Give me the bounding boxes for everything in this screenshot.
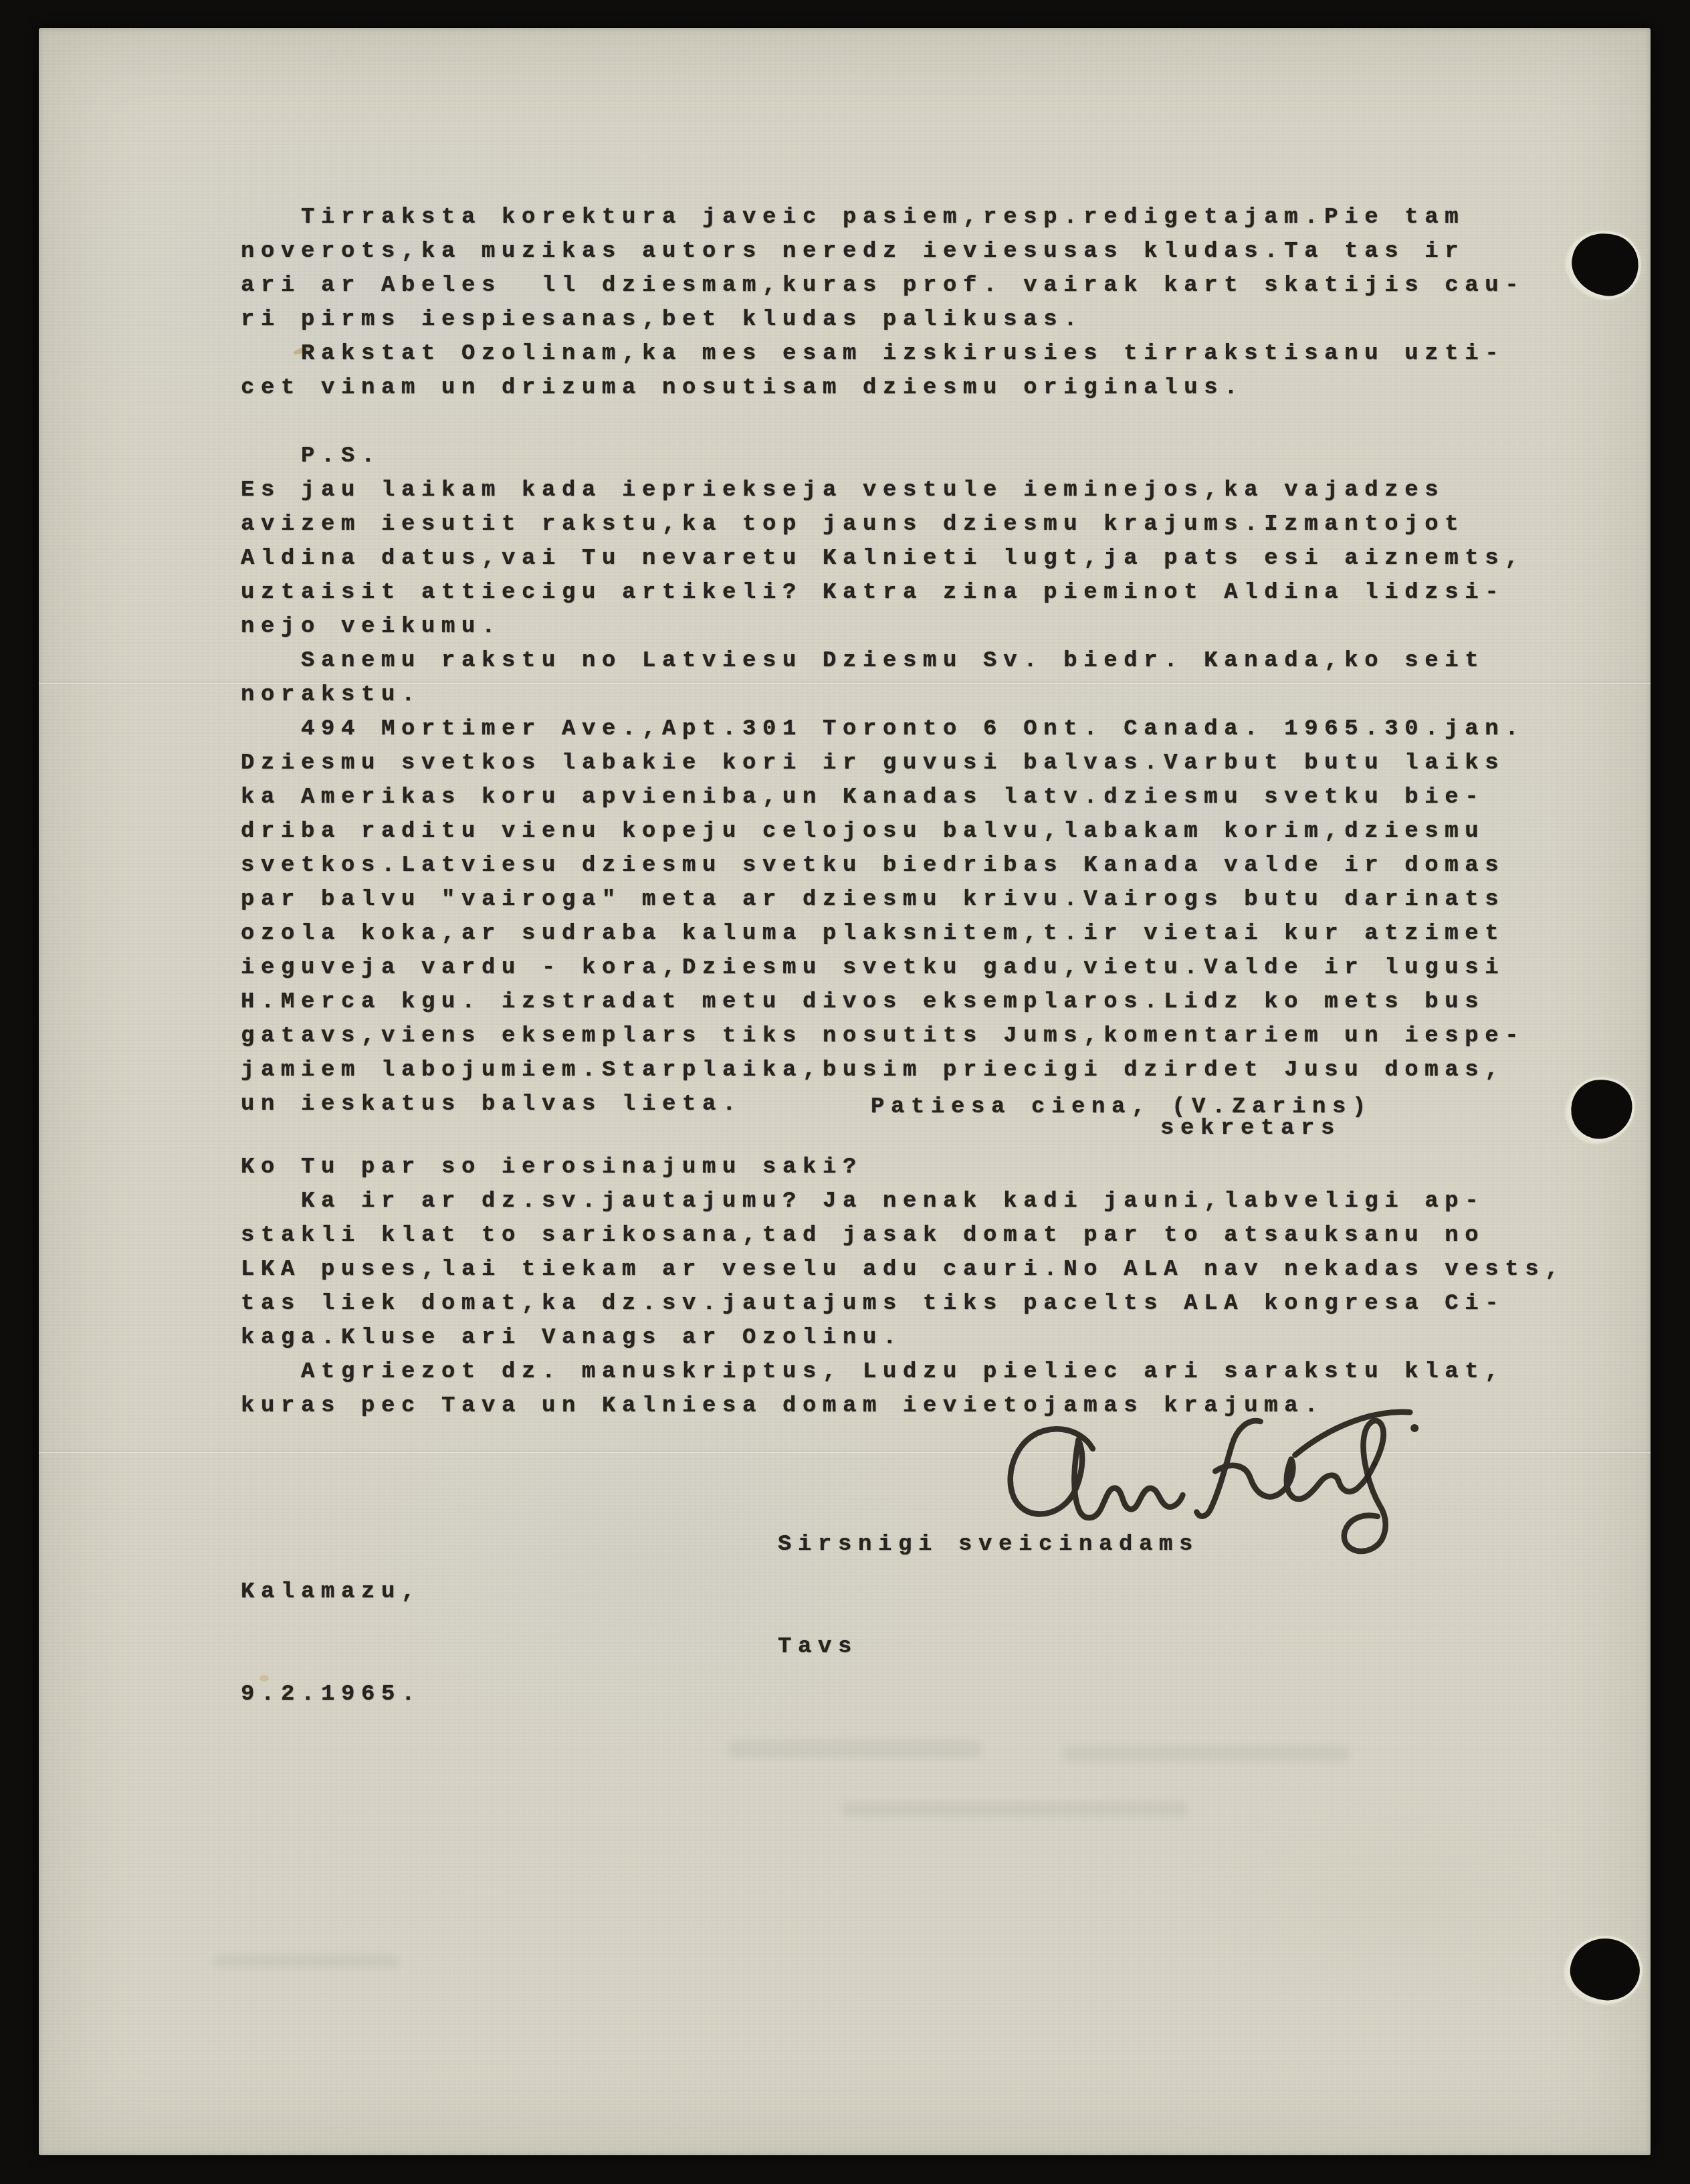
dateline-place: Kalamazu, bbox=[241, 1575, 421, 1609]
typed-line: LKA puses,lai tiekam ar veselu adu cauri… bbox=[241, 1253, 1565, 1287]
closing-title-line: sekretars bbox=[1160, 1112, 1341, 1146]
typed-line: Es jau laikam kada iepriekseja vestule i… bbox=[241, 474, 1525, 508]
typed-line: avizem iesutit rakstu,ka top jauns dzies… bbox=[241, 508, 1525, 542]
handwritten-signature bbox=[966, 1385, 1441, 1588]
typed-line: ka Amerikas koru apvieniba,un Kanadas la… bbox=[241, 781, 1525, 815]
ink-bleed-ghost bbox=[728, 1741, 982, 1758]
typed-line: P.S. bbox=[241, 439, 1525, 474]
typed-line: Ka ir ar dz.sv.jautajumu? Ja nenak kadi … bbox=[241, 1185, 1565, 1219]
punch-hole bbox=[1568, 1936, 1643, 2003]
typed-line: jamiem labojumiem.Starplaika,busim priec… bbox=[241, 1054, 1525, 1088]
typed-line: par balvu "vairoga" meta ar dziesmu kriv… bbox=[241, 883, 1525, 917]
dateline-date: 9.2.1965. bbox=[241, 1678, 421, 1712]
typed-line: ozola koka,ar sudraba kaluma plaksnitem,… bbox=[241, 917, 1525, 951]
typed-line: ieguveja vardu - kora,Dziesmu svetku gad… bbox=[241, 951, 1525, 985]
signoff-line-tavs: Tavs bbox=[778, 1630, 1199, 1664]
scan-backdrop: Tirraksta korektura javeic pasiem,resp.r… bbox=[0, 0, 1690, 2184]
punch-hole bbox=[1565, 226, 1645, 302]
typed-line: Atgriezot dz. manuskriptus, Ludzu pielie… bbox=[241, 1355, 1565, 1389]
ink-bleed-ghost bbox=[1062, 1746, 1350, 1762]
typed-line: uztaisit attiecigu artikeli? Katra zina … bbox=[241, 576, 1525, 610]
typed-line: norakstu. bbox=[241, 678, 1525, 712]
typed-line: tas liek domat,ka dz.sv.jautajums tiks p… bbox=[241, 1287, 1565, 1321]
ink-bleed-ghost bbox=[213, 1955, 400, 1968]
typed-line: stakli klat to sarikosana,tad jasak doma… bbox=[241, 1219, 1565, 1253]
typed-line: nejo veikumu. bbox=[241, 610, 1525, 644]
typed-line: Ko Tu par so ierosinajumu saki? bbox=[241, 1151, 1565, 1185]
typed-line bbox=[241, 405, 1525, 439]
typed-line: ari ar Abeles ll dziesmam,kuras prof. va… bbox=[241, 269, 1525, 303]
typed-line: driba raditu vienu kopeju celojosu balvu… bbox=[241, 815, 1525, 849]
typed-line: kaga.Kluse ari Vanags ar Ozolinu. bbox=[241, 1321, 1565, 1355]
typed-line: svetkos.Latviesu dziesmu svetku biedriba… bbox=[241, 849, 1525, 883]
typed-line: 494 Mortimer Ave.,Apt.301 Toronto 6 Ont.… bbox=[241, 712, 1525, 747]
typed-line: Rakstat Ozolinam,ka mes esam izskirusies… bbox=[241, 337, 1525, 371]
letter-body-bottom: Ko Tu par so ierosinajumu saki? Ka ir ar… bbox=[241, 1151, 1565, 1423]
punch-hole bbox=[1567, 1076, 1636, 1143]
ink-bleed-ghost bbox=[841, 1802, 1189, 1817]
typed-line: Dziesmu svetkos labakie kori ir guvusi b… bbox=[241, 747, 1525, 781]
typed-line: Aldina datus,vai Tu nevaretu Kalnieti lu… bbox=[241, 542, 1525, 576]
typed-line: ri pirms iespiesanas,bet kludas palikusa… bbox=[241, 303, 1525, 337]
dateline-block: Kalamazu, 9.2.1965. bbox=[241, 1507, 421, 1780]
typed-line: noverots,ka muzikas autors neredz ievies… bbox=[241, 235, 1525, 269]
typed-line: Sanemu rakstu no Latviesu Dziesmu Sv. bi… bbox=[241, 644, 1525, 678]
letter-page: Tirraksta korektura javeic pasiem,resp.r… bbox=[39, 28, 1651, 2155]
typed-line: H.Merca kgu. izstradat metu divos eksemp… bbox=[241, 985, 1525, 1019]
letter-body-top: Tirraksta korektura javeic pasiem,resp.r… bbox=[241, 201, 1525, 1122]
typed-line: Tirraksta korektura javeic pasiem,resp.r… bbox=[241, 201, 1525, 235]
typed-line: cet vinam un drizuma nosutisam dziesmu o… bbox=[241, 371, 1525, 405]
typed-line: gatavs,viens eksemplars tiks nosutits Ju… bbox=[241, 1019, 1525, 1054]
